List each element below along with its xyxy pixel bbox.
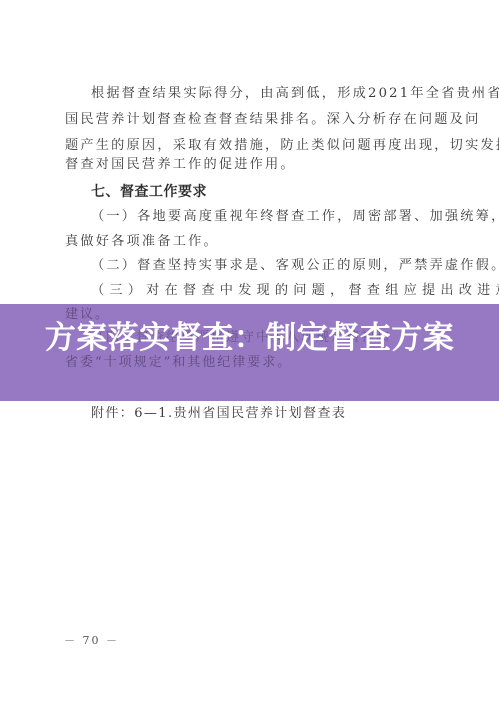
requirement-line: （二）督查坚持实事求是、客观公正的原则，严禁弄虚作假。 xyxy=(91,258,435,274)
banner-title: 方案落实督查：制定督查方案 xyxy=(0,318,499,358)
paragraph-line: 国民营养计划督查检查督查结果排名。深入分析存在问题及问 xyxy=(65,112,435,128)
paragraph-line: 根据督查结果实际得分，由高到低，形成2021年全省贵州省 xyxy=(91,86,435,102)
requirement-line: （三）对在督查中发现的问题，督查组应提出改进意见和 xyxy=(91,283,435,299)
document-page: 根据督查结果实际得分，由高到低，形成2021年全省贵州省 国民营养计划督查检查督… xyxy=(0,0,499,706)
attachment-note: 附件：6—1.贵州省国民营养计划督查表 xyxy=(91,406,346,422)
requirement-line: （一）各地要高度重视年终督查工作，周密部署、加强统筹，认 xyxy=(91,209,435,225)
paragraph-line: 督查对国民营养工作的促进作用。 xyxy=(65,157,435,173)
page-number: － 70 － xyxy=(64,634,119,648)
section-heading: 七、督查工作要求 xyxy=(91,184,207,200)
requirement-line: 真做好各项准备工作。 xyxy=(65,234,435,250)
paragraph-line: 题产生的原因，采取有效措施，防止类似问题再度出现，切实发挥 xyxy=(65,138,435,154)
